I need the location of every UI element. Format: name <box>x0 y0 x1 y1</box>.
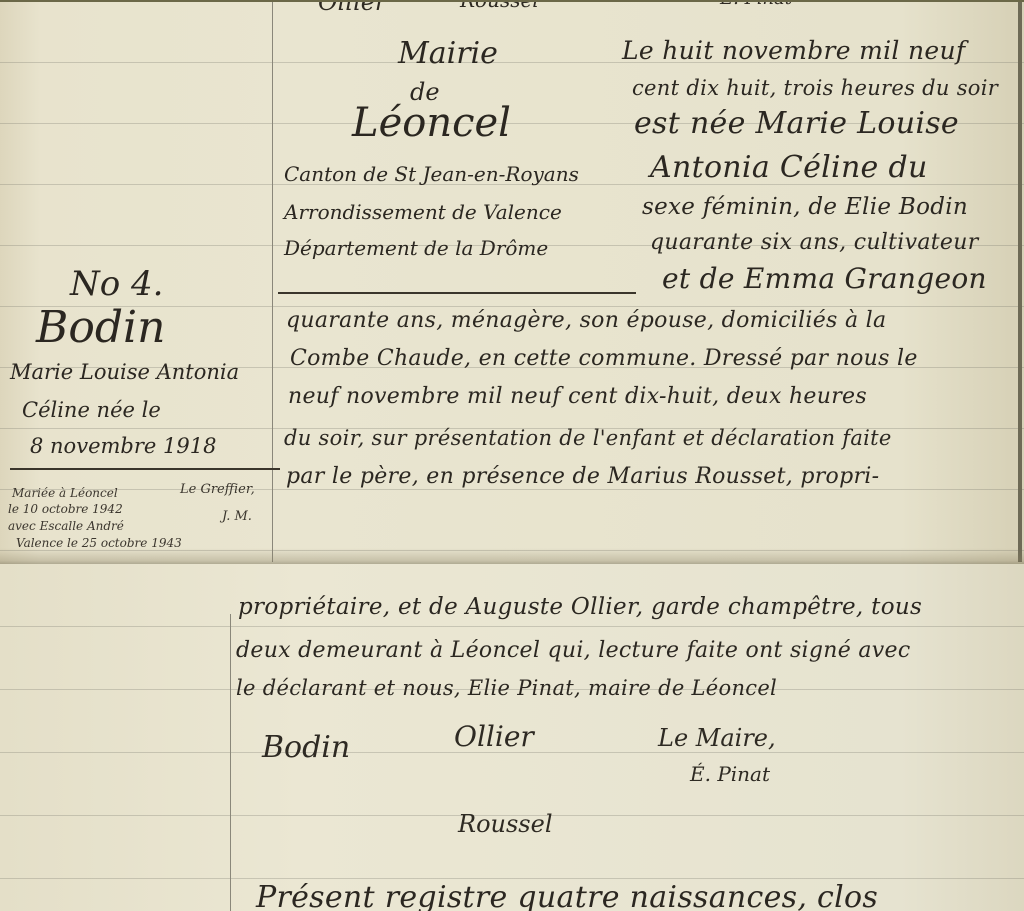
body-line: quarante ans, ménagère, son épouse, domi… <box>286 308 886 333</box>
margin-birth-line: Céline née le <box>22 398 161 422</box>
annotation-line: le 10 octobre 1942 <box>8 502 123 516</box>
prev-signature-ollier: Ollier <box>318 0 386 16</box>
margin-divider <box>10 468 280 470</box>
signature-witness-roussel: Roussel <box>458 810 553 838</box>
body-line: est née Marie Louise <box>634 106 959 141</box>
body-line: Le huit novembre mil neuf <box>622 36 965 65</box>
annotation-initials: J. M. <box>222 509 252 524</box>
header-divider <box>278 292 636 294</box>
header-canton: Canton de St Jean-en-Royans <box>284 162 579 186</box>
margin-birth-date: 8 novembre 1918 <box>30 434 216 458</box>
header-arrondissement: Arrondissement de Valence <box>284 200 562 224</box>
annotation-line: avec Escalle André <box>8 519 124 533</box>
margin-rule <box>230 614 231 911</box>
margin-rule <box>272 2 273 562</box>
margin-given-names: Marie Louise Antonia <box>10 360 239 384</box>
body-line: quarante six ans, cultivateur <box>650 230 979 255</box>
body-line: Combe Chaude, en cette commune. Dressé p… <box>290 346 918 371</box>
body-line: cent dix huit, trois heures du soir <box>632 76 998 100</box>
body-line: Antonia Céline du <box>650 150 928 185</box>
signature-declarant: Bodin <box>262 730 350 765</box>
top-page: Ollier Roussel É. Pinat Mairie de Léonce… <box>0 0 1024 564</box>
body-line: propriétaire, et de Auguste Ollier, gard… <box>238 594 922 620</box>
signature-witness-ollier: Ollier <box>454 720 534 753</box>
body-line: sexe féminin, de Elie Bodin <box>642 194 968 220</box>
record-number: No 4. <box>70 264 163 304</box>
closing-line: Présent registre quatre naissances, clos <box>256 880 878 911</box>
body-line: le déclarant et nous, Elie Pinat, maire … <box>236 676 777 700</box>
signature-mayor-name: É. Pinat <box>690 762 770 786</box>
margin-surname: Bodin <box>36 302 165 353</box>
page-edge <box>1018 2 1022 562</box>
header-departement: Département de la Drôme <box>284 236 548 260</box>
prev-signature-pinat: É. Pinat <box>720 0 792 9</box>
signature-mayor-title: Le Maire, <box>658 724 776 752</box>
bottom-page: propriétaire, et de Auguste Ollier, gard… <box>0 564 1024 911</box>
header-commune: Léoncel <box>352 100 511 146</box>
body-line: et de Emma Grangeon <box>662 262 987 295</box>
prev-signature-roussel: Roussel <box>460 0 539 12</box>
annotation-line: Mariée à Léoncel <box>12 486 118 500</box>
body-line: deux demeurant à Léoncel qui, lecture fa… <box>236 638 910 663</box>
annotation-clerk: Le Greffier, <box>180 482 255 497</box>
body-line: neuf novembre mil neuf cent dix-huit, de… <box>288 384 867 409</box>
body-line: du soir, sur présentation de l'enfant et… <box>284 426 892 450</box>
body-line: par le père, en présence de Marius Rouss… <box>286 464 879 489</box>
header-mairie: Mairie <box>398 36 498 71</box>
